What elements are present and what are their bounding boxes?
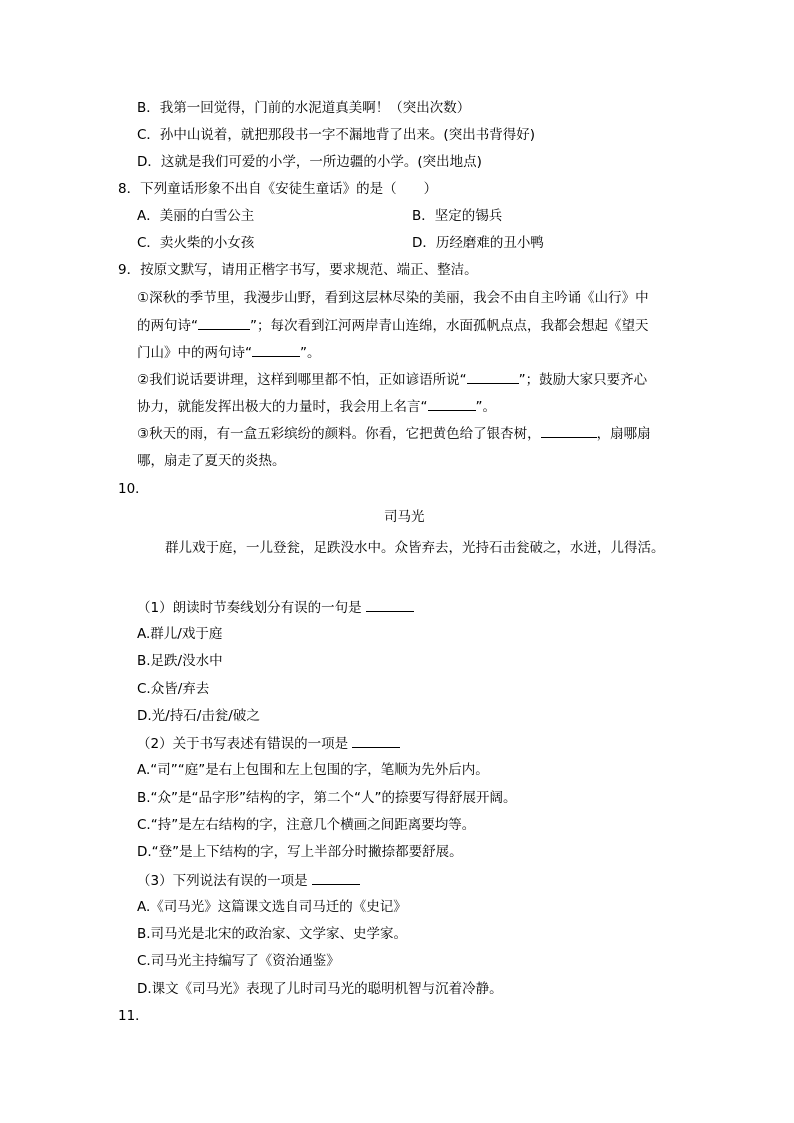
text: ”；鼓励大家只要齐心 — [519, 372, 648, 388]
q8-option-b: B．坚定的锡兵 — [412, 207, 502, 225]
q9-item2-line2: 协力，就能发挥出极大的力量时，我会用上名言“”。 — [137, 397, 496, 416]
q9-item3-line1: ③秋天的雨，有一盒五彩缤纷的颜料。你看，它把黄色给了银杏树，，扇哪扇 — [137, 424, 651, 443]
text: ”。 — [300, 345, 321, 361]
text: 协力，就能发挥出极大的力量时，我会用上名言“ — [137, 399, 428, 415]
q10-sub3-option-d: D.课文《司马光》表现了儿时司马光的聪明机智与沉着冷静。 — [137, 980, 503, 998]
text: ”。 — [476, 399, 497, 415]
q8-option-a: A．美丽的白雪公主 — [137, 207, 254, 225]
q7-option-c: C．孙中山说着，就把那段书一字不漏地背了出来。(突出书背得好) — [137, 126, 535, 144]
text: ，扇哪扇 — [597, 426, 651, 442]
fill-blank — [252, 343, 300, 357]
fill-blank — [467, 370, 519, 384]
q10-sub2-option-b: B.“众”是“品字形”结构的字，第二个“人”的捺要写得舒展开阔。 — [137, 789, 517, 807]
q7-option-d: D．这就是我们可爱的小学，一所边疆的小学。(突出地点) — [137, 153, 482, 171]
q10-sub3-stem: （3）下列说法有误的一项是 — [137, 871, 360, 890]
q9-stem: 9．按原文默写，请用正楷字书写，要求规范、端正、整洁。 — [118, 261, 478, 279]
q10-sub2-stem: （2）关于书写表述有错误的一项是 — [137, 734, 400, 753]
fill-blank — [541, 424, 597, 438]
q9-item2-line1: ②我们说话要讲理，这样到哪里都不怕，正如谚语所说“”；鼓励大家只要齐心 — [137, 370, 647, 389]
text: 的两句诗“ — [137, 318, 198, 334]
text: ”；每次看到江河两岸青山连绵，水面孤帆点点，我都会想起《望天 — [250, 318, 649, 334]
q10-sub1-option-a: A.群儿/戏于庭 — [137, 625, 222, 643]
q9-item1-line1: ①深秋的季节里，我漫步山野，看到这层林尽染的美丽，我会不由自主吟诵《山行》中 — [137, 289, 649, 307]
q10-sub2-option-d: D.“登”是上下结构的字，写上半部分时撇捺都要舒展。 — [137, 843, 463, 861]
q10-sub3-option-a: A.《司马光》这篇课文选自司马迁的《史记》 — [137, 898, 407, 916]
text: ③秋天的雨，有一盒五彩缤纷的颜料。你看，它把黄色给了银杏树， — [137, 426, 541, 442]
q10-number: 10． — [118, 480, 149, 498]
q10-passage: 群儿戏于庭，一儿登瓮，足跌没水中。众皆弃去，光持石击瓮破之，水迸，儿得活。 — [165, 539, 665, 557]
q10-sub1-option-c: C.众皆/弃去 — [137, 680, 209, 698]
q7-option-b: B．我第一回觉得，门前的水泥道真美啊！（突出次数） — [137, 99, 470, 117]
fill-blank — [352, 734, 400, 748]
fill-blank — [198, 316, 250, 330]
text: ②我们说话要讲理，这样到哪里都不怕，正如谚语所说“ — [137, 372, 467, 388]
text: （1）朗读时节奏线划分有误的一句是 — [137, 600, 366, 616]
q10-sub3-option-c: C.司马光主持编写了《资治通鉴》 — [137, 952, 340, 970]
q8-option-c: C．卖火柴的小女孩 — [137, 234, 254, 252]
text: （3）下列说法有误的一项是 — [137, 873, 312, 889]
q10-passage-title: 司马光 — [384, 508, 425, 526]
q10-sub3-option-b: B.司马光是北宋的政治家、文学家、史学家。 — [137, 925, 407, 943]
text: 门山》中的两句诗“ — [137, 345, 252, 361]
q8-option-d: D．历经磨难的丑小鸭 — [412, 234, 544, 252]
q10-sub2-option-c: C.“持”是左右结构的字，注意几个横画之间距离要均等。 — [137, 816, 475, 834]
q8-stem: 8．下列童话形象不出自《安徒生童话》的是（ ） — [118, 180, 437, 198]
q9-item1-line3: 门山》中的两句诗“”。 — [137, 343, 321, 362]
q10-sub1-option-b: B.足跌/没水中 — [137, 652, 223, 670]
fill-blank — [366, 598, 414, 612]
q9-item1-line2: 的两句诗“”；每次看到江河两岸青山连绵，水面孤帆点点，我都会想起《望天 — [137, 316, 649, 335]
q9-item3-line2: 哪，扇走了夏天的炎热。 — [137, 452, 286, 470]
q10-sub1-stem: （1）朗读时节奏线划分有误的一句是 — [137, 598, 414, 617]
fill-blank — [312, 871, 360, 885]
q11-number: 11． — [118, 1007, 149, 1025]
fill-blank — [428, 397, 476, 411]
q10-sub2-option-a: A.“司”“庭”是右上包围和左上包围的字，笔顺为先外后内。 — [137, 761, 489, 779]
text: （2）关于书写表述有错误的一项是 — [137, 736, 352, 752]
q10-sub1-option-d: D.光/持石/击瓮/破之 — [137, 707, 260, 725]
